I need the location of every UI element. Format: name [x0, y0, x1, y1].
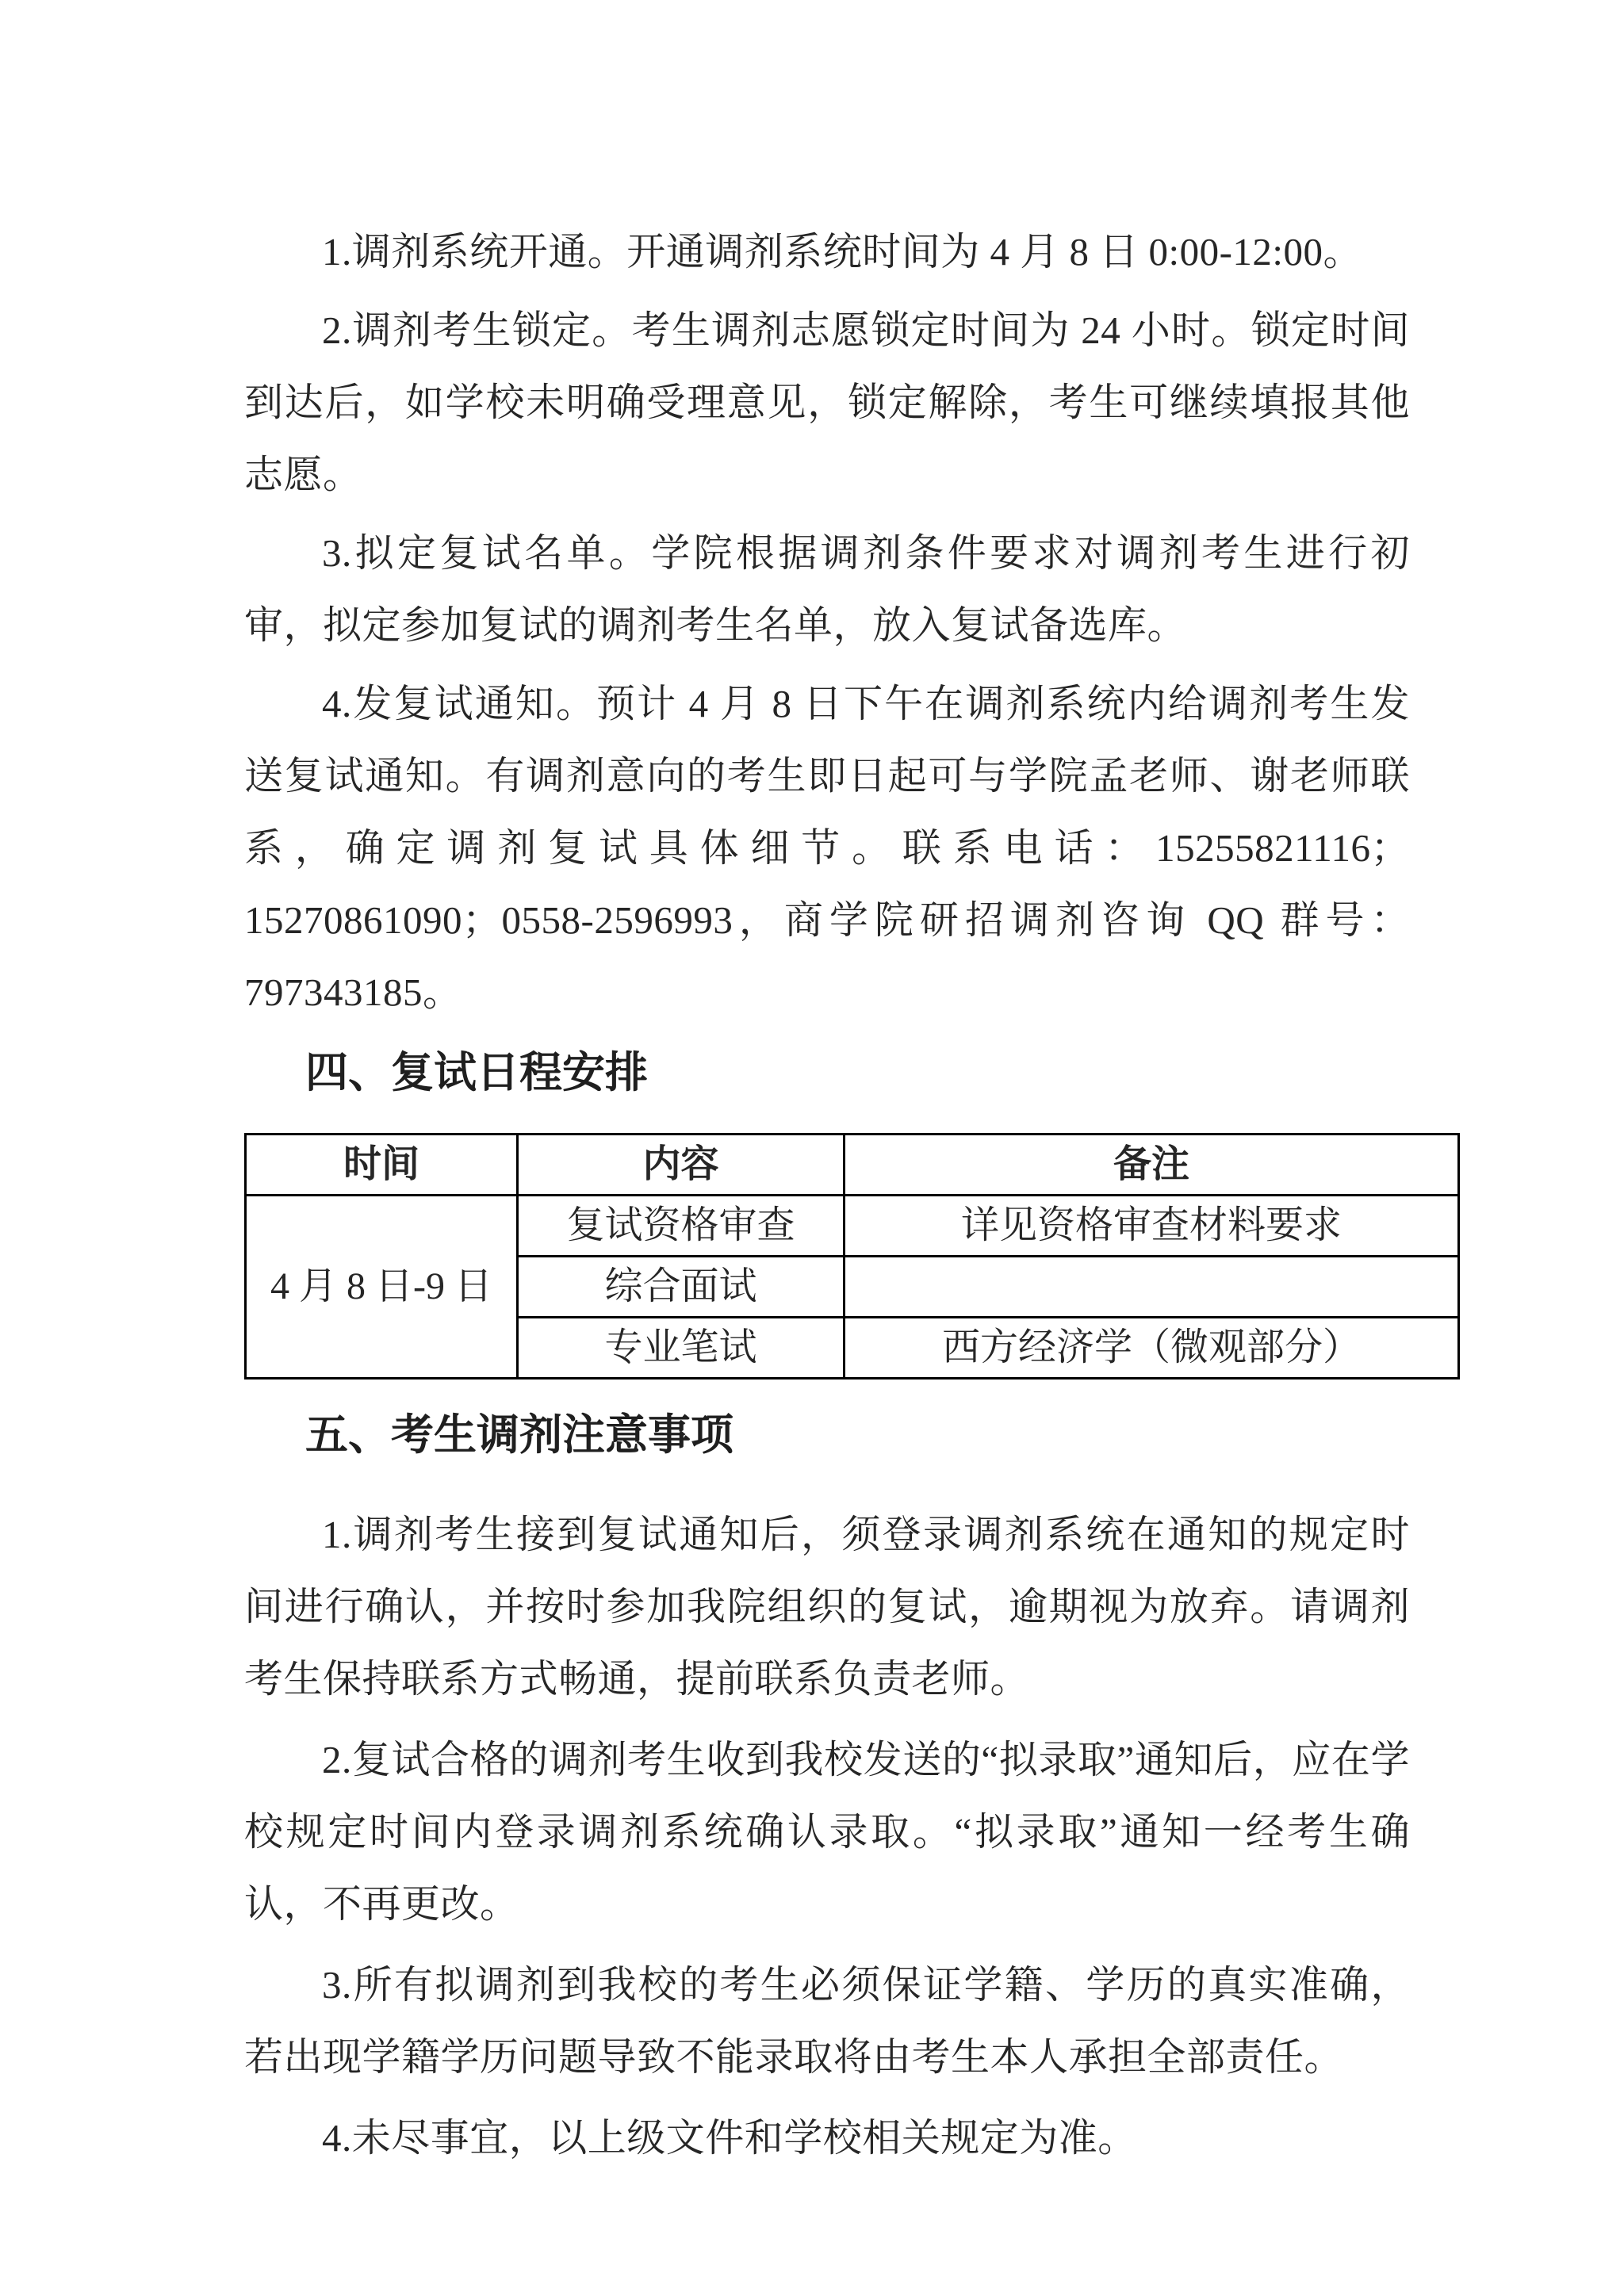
schedule-header-content: 内容 — [518, 1135, 845, 1196]
schedule-header-time: 时间 — [246, 1135, 518, 1196]
notes-section: 1.调剂考生接到复试通知后，须登录调剂系统在通知的规定时间进行确认，并按时参加我… — [244, 1498, 1457, 2174]
notes-item-1: 1.调剂考生接到复试通知后，须登录调剂系统在通知的规定时间进行确认，并按时参加我… — [244, 1498, 1410, 1715]
procedure-step-4: 4.发复试通知。预计 4 月 8 日下午在调剂系统内给调剂考生发送复试通知。有调… — [244, 668, 1410, 1028]
schedule-header-note: 备注 — [845, 1135, 1459, 1196]
schedule-row-3-content: 专业笔试 — [518, 1318, 845, 1379]
schedule-time-cell: 4 月 8 日-9 日 — [246, 1196, 518, 1379]
schedule-row-1: 4 月 8 日-9 日 复试资格审查 详见资格审查材料要求 — [246, 1196, 1459, 1257]
schedule-row-2-content: 综合面试 — [518, 1257, 845, 1318]
schedule-row-3-note: 西方经济学（微观部分） — [845, 1318, 1459, 1379]
schedule-row-2-note — [845, 1257, 1459, 1318]
notes-item-4: 4.未尽事宜，以上级文件和学校相关规定为准。 — [244, 2102, 1410, 2174]
procedure-step-3: 3.拟定复试名单。学院根据调剂条件要求对调剂考生进行初审，拟定参加复试的调剂考生… — [244, 517, 1410, 661]
notes-heading: 五、考生调剂注意事项 — [244, 1403, 1457, 1467]
schedule-row-1-content: 复试资格审查 — [518, 1196, 845, 1257]
notes-item-2: 2.复试合格的调剂考生收到我校发送的“拟录取”通知后，应在学校规定时间内登录调剂… — [244, 1724, 1410, 1940]
schedule-heading: 四、复试日程安排 — [244, 1041, 1457, 1104]
notes-item-3: 3.所有拟调剂到我校的考生必须保证学籍、学历的真实准确，若出现学籍学历问题导致不… — [244, 1949, 1410, 2093]
schedule-row-1-note: 详见资格审查材料要求 — [845, 1196, 1459, 1257]
procedure-step-2: 2.调剂考生锁定。考生调剂志愿锁定时间为 24 小时。锁定时间到达后，如学校未明… — [244, 294, 1410, 511]
schedule-header-row: 时间 内容 备注 — [246, 1135, 1459, 1196]
procedure-step-1: 1.调剂系统开通。开通调剂系统时间为 4 月 8 日 0:00-12:00。 — [244, 216, 1410, 288]
procedure-section: 1.调剂系统开通。开通调剂系统时间为 4 月 8 日 0:00-12:00。 2… — [244, 216, 1457, 1028]
document-page: 1.调剂系统开通。开通调剂系统时间为 4 月 8 日 0:00-12:00。 2… — [244, 216, 1457, 2183]
schedule-table: 时间 内容 备注 4 月 8 日-9 日 复试资格审查 详见资格审查材料要求 综… — [244, 1133, 1460, 1380]
